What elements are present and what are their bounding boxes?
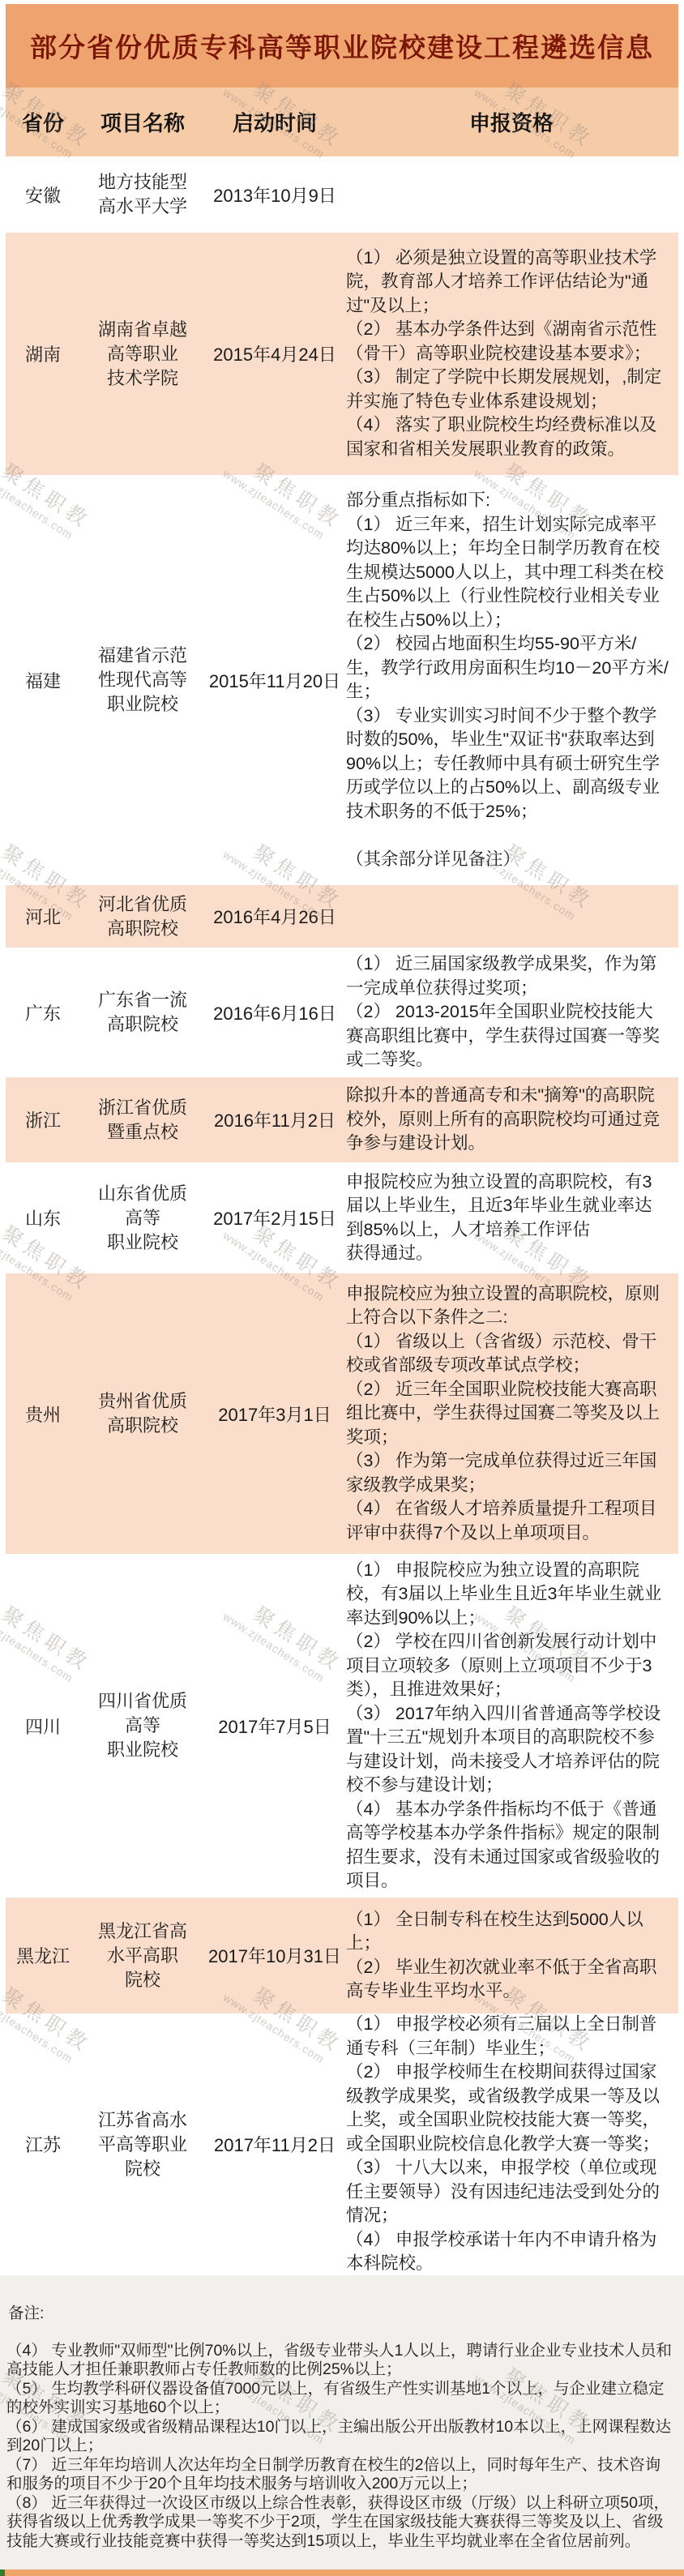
qualification-cell: 部分重点指标如下: （1） 近三年来，招生计划实际完成率平均达80%以上；年均全… <box>344 486 678 875</box>
project-cell: 广东省一流 高职院校 <box>80 988 205 1037</box>
note-item: （6） 建成国家级或省级精品课程达10门以上，主编出版公开出版教材10本以上，上… <box>6 2418 676 2456</box>
project-cell: 河北省优质 高职院校 <box>80 892 205 941</box>
table-row-guizhou: 贵州 贵州省优质 高职院校 2017年3月1日 申报院校应为独立设置的高职院校，… <box>6 1273 678 1554</box>
qualification-cell: （1） 全日制专科在校生达到5000人以上； （2） 毕业生初次就业率不低于全省… <box>344 1905 678 2007</box>
date-cell: 2017年10月31日 <box>205 1943 344 1968</box>
selection-table: 安徽 地方技能型 高水平大学 2013年10月9日 湖南 湖南省卓越 高等职业 … <box>6 156 678 2275</box>
column-header-province: 省份 <box>6 107 80 137</box>
project-cell: 湖南省卓越 高等职业 技术学院 <box>80 318 205 391</box>
qualification-cell <box>344 191 678 198</box>
qualification-cell: （1） 申报院校应为独立设置的高职院校，有3届以上毕业生且近3年毕业生就业率达到… <box>344 1555 678 1897</box>
province-cell: 江苏 <box>6 2132 80 2157</box>
project-cell: 地方技能型 高水平大学 <box>80 170 205 219</box>
project-cell: 四川省优质 高等 职业院校 <box>80 1689 205 1762</box>
table-row-shandong: 山东 山东省优质 高等 职业院校 2017年2月15日 申报院校应为独立设置的高… <box>6 1162 678 1273</box>
qualification-cell: （1） 申报学校必须有三届以上全日制普通专科（三年制）毕业生； （2） 申报学校… <box>344 2013 678 2275</box>
qualification-cell: （1） 必须是独立设置的高等职业技术学院，教育部人才培养工作评估结论为"通过"及… <box>344 243 678 465</box>
project-cell: 江苏省高水 平高等职业 院校 <box>80 2108 205 2181</box>
notes-label: 备注: <box>8 2304 676 2324</box>
table-row-guangdong: 广东 广东省一流 高职院校 2016年6月16日 （1） 近三届国家级教学成果奖… <box>6 948 678 1077</box>
column-header-project: 项目名称 <box>80 107 205 137</box>
province-cell: 广东 <box>6 1000 80 1025</box>
qualification-cell: （1） 近三届国家级教学成果奖，作为第一完成单位获得过奖项； （2） 2013-… <box>344 949 678 1076</box>
province-cell: 福建 <box>6 668 80 693</box>
column-header-qualification: 申报资格 <box>344 107 678 137</box>
qualification-cell: 申报院校应为独立设置的高职院校，有3届以上毕业生，且近3年毕业生就业率达到85%… <box>344 1167 678 1269</box>
province-cell: 四川 <box>6 1714 80 1739</box>
date-cell: 2013年10月9日 <box>205 182 344 208</box>
date-cell: 2017年2月15日 <box>205 1205 344 1230</box>
province-cell: 黑龙江 <box>6 1943 80 1968</box>
note-item: （5） 生均教学科研仪器设备值7000元以上，有省级生产性实训基地1个以上，与企… <box>6 2380 676 2418</box>
table-row-fujian: 福建 福建省示范 性现代高等 职业院校 2015年11月20日 部分重点指标如下… <box>6 475 678 885</box>
qualification-cell <box>344 914 678 920</box>
date-cell: 2016年6月16日 <box>205 1000 344 1025</box>
province-cell: 河北 <box>6 904 80 929</box>
notes-section: 备注: （4） 专业教师"双师型"比例70%以上，省级专业带头人1人以上，聘请行… <box>0 2275 684 2570</box>
bottom-left-green-mark <box>0 2570 5 2576</box>
note-item: （8） 近三年获得过一次设区市级以上综合性表彰，获得设区市级（厅级）以上科研立项… <box>6 2494 676 2552</box>
table-row-hunan: 湖南 湖南省卓越 高等职业 技术学院 2015年4月24日 （1） 必须是独立设… <box>6 233 678 475</box>
project-cell: 山东省优质 高等 职业院校 <box>80 1182 205 1255</box>
province-cell: 湖南 <box>6 341 80 366</box>
project-cell: 黑龙江省高 水平高职 院校 <box>80 1919 205 1992</box>
project-cell: 贵州省优质 高职院校 <box>80 1389 205 1438</box>
province-cell: 浙江 <box>6 1107 80 1132</box>
date-cell: 2017年3月1日 <box>205 1401 344 1427</box>
table-row-hebei: 河北 河北省优质 高职院校 2016年4月26日 <box>6 885 678 948</box>
table-row-jiangsu: 江苏 江苏省高水 平高等职业 院校 2017年11月2日 （1） 申报学校必须有… <box>6 2013 678 2275</box>
page-title: 部分省份优质专科高等职业院校建设工程遴选信息 <box>30 27 654 65</box>
qualification-cell: 除拟升本的普通高专和未"摘筹"的高职院校外，原则上所有的高职院校均可通过竞争参与… <box>344 1080 678 1159</box>
column-header-start-date: 启动时间 <box>205 107 344 137</box>
date-cell: 2015年4月24日 <box>205 341 344 366</box>
date-cell: 2016年4月26日 <box>205 904 344 929</box>
bottom-accent-bar <box>0 2570 684 2576</box>
province-cell: 贵州 <box>6 1401 80 1427</box>
project-cell: 浙江省优质 暨重点校 <box>80 1096 205 1145</box>
table-row-heilongjiang: 黑龙江 黑龙江省高 水平高职 院校 2017年10月31日 （1） 全日制专科在… <box>6 1898 678 2013</box>
date-cell: 2017年11月2日 <box>205 2132 344 2157</box>
page: 部分省份优质专科高等职业院校建设工程遴选信息 省份 项目名称 启动时间 申报资格… <box>0 0 684 2576</box>
project-cell: 福建省示范 性现代高等 职业院校 <box>80 644 205 717</box>
table-row-sichuan: 四川 四川省优质 高等 职业院校 2017年7月5日 （1） 申报院校应为独立设… <box>6 1554 678 1898</box>
table-header: 省份 项目名称 启动时间 申报资格 <box>6 88 678 156</box>
date-cell: 2015年11月20日 <box>205 668 344 693</box>
table-row-anhui: 安徽 地方技能型 高水平大学 2013年10月9日 <box>6 156 678 233</box>
province-cell: 安徽 <box>6 182 80 208</box>
note-item: （4） 专业教师"双师型"比例70%以上，省级专业带头人1人以上，聘请行业企业专… <box>6 2342 676 2380</box>
date-cell: 2016年11月2日 <box>205 1107 344 1132</box>
note-item: （7） 近三年年均培训人次达年均全日制学历教育在校生的2倍以上，同时每年生产、技… <box>6 2456 676 2494</box>
date-cell: 2017年7月5日 <box>205 1714 344 1739</box>
table-row-zhejiang: 浙江 浙江省优质 暨重点校 2016年11月2日 除拟升本的普通高专和未"摘筹"… <box>6 1077 678 1162</box>
province-cell: 山东 <box>6 1205 80 1230</box>
qualification-cell: 申报院校应为独立设置的高职院校，原则上符合以下条件之二: （1） 省级以上（含省… <box>344 1279 678 1549</box>
title-bar: 部分省份优质专科高等职业院校建设工程遴选信息 <box>6 4 678 88</box>
